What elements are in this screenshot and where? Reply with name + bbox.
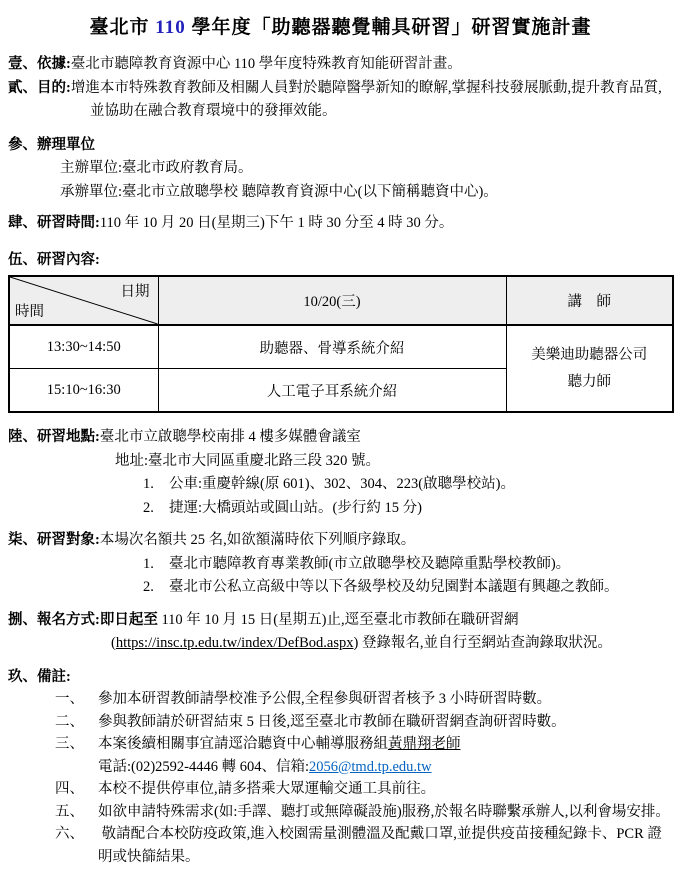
registration-text: 110 年 10 月 15 日(星期五)止,逕至臺北市教師在職研習網 [158, 612, 519, 628]
date-header-cell: 10/20(三) [158, 276, 506, 325]
audience-item-2: 2.臺北市公私立高級中等以下各級學校及幼兒園對本議題有興趣之教師。 [143, 576, 673, 600]
section-remarks: 玖、備註: 一、參加本研習教師請學校准予公假,全程參與研習者核予 3 小時研習時… [8, 666, 673, 869]
remark-item-5: 五、如欲申請特殊需求(如:手譯、聽打或無障礙設施)服務,於報名時聯繫承辦人,以利… [55, 801, 673, 824]
section-location: 陸、研習地點:臺北市立啟聰學校南排 4 樓多媒體會議室 地址:臺北市大同區重慶北… [8, 426, 673, 520]
registration-bold-lead: 即日起至 [100, 612, 158, 628]
section-organizers: 參、辦理單位 主辦單位:臺北市政府教育局。 承辦單位:臺北市立啟聰學校 聽障教育… [8, 134, 673, 205]
section-content: 伍、研習內容: 日期 時間 10/20(三) 講 師 13:30~14:50 助… [8, 249, 673, 414]
lecturer-cell: 美樂迪助聽器公司聽力師 [506, 325, 673, 412]
section-purpose: 貳、目的:增進本市特殊教育教師及相關人員對於聽障醫學新知的瞭解,掌握科技發展脈動… [8, 77, 673, 124]
corner-date-label: 日期 [121, 280, 150, 301]
section-audience-label: 柒、研習對象: [8, 532, 100, 548]
section-registration: 捌、報名方式:即日起至 110 年 10 月 15 日(星期五)止,逕至臺北市教… [8, 609, 673, 656]
schedule-header-row: 日期 時間 10/20(三) 講 師 [9, 276, 673, 325]
section-location-label: 陸、研習地點: [8, 429, 100, 445]
organizer-unit-line: 承辦單位:臺北市立啟聰學校 聽障教育資源中心(以下簡稱聽資中心)。 [60, 181, 673, 205]
topic-cell-2: 人工電子耳系統介紹 [158, 369, 506, 413]
lecturer-header-cell: 講 師 [506, 276, 673, 325]
section-remarks-heading: 玖、備註: [8, 666, 673, 689]
section-time-text: 110 年 10 月 20 日(星期三)下午 1 時 30 分至 4 時 30 … [100, 215, 454, 231]
registration-after-url: 登錄報名,並自行至網站查詢錄取狀況。 [358, 635, 612, 651]
venue-text: 臺北市立啟聰學校南排 4 樓多媒體會議室 [100, 429, 361, 445]
section-time-label: 肆、研習時間: [8, 215, 100, 231]
address-line: 地址:臺北市大同區重慶北路三段 320 號。 [115, 450, 673, 474]
section-registration-label: 捌、報名方式: [8, 612, 100, 628]
registration-url-link[interactable]: https://insc.tp.edu.tw/index/DefBod.aspx [116, 635, 354, 651]
remark-item-1: 一、參加本研習教師請學校准予公假,全程參與研習者核予 3 小時研習時數。 [55, 688, 673, 711]
section-purpose-text: 增進本市特殊教育教師及相關人員對於聽障醫學新知的瞭解,掌握科技發展脈動,提升教育… [71, 80, 662, 120]
section-location-heading: 陸、研習地點:臺北市立啟聰學校南排 4 樓多媒體會議室 [8, 426, 673, 450]
section-basis: 壹、依據:臺北市聽障教育資源中心 110 學年度特殊教育知能研習計畫。 [8, 53, 673, 77]
section-content-heading: 伍、研習內容: [8, 249, 673, 273]
transport-bus-item: 1.公車:重慶幹線(原 601)、302、304、223(啟聰學校站)。 [143, 473, 673, 497]
section-basis-text: 臺北市聽障教育資源中心 110 學年度特殊教育知能研習計畫。 [71, 56, 462, 72]
remark-item-3: 三、本案後續相關事宜請逕洽聽資中心輔導服務組黃鼎翔老師 [55, 733, 673, 756]
transport-mrt-item: 2.捷運:大橋頭站或圓山站。(步行約 15 分) [143, 497, 673, 521]
section-basis-label: 壹、依據: [8, 56, 71, 72]
remark-item-6: 六、 敬請配合本校防疫政策,進入校園需量測體溫及配戴口罩,並提供疫苗接種紀錄卡、… [55, 823, 673, 868]
doc-title-pre: 臺北市 [90, 17, 156, 38]
section-audience-heading: 柒、研習對象:本場次名額共 25 名,如欲額滿時依下列順序錄取。 [8, 529, 673, 553]
time-cell-1: 13:30~14:50 [9, 325, 158, 369]
audience-item-1: 1.臺北市聽障教育專業教師(市立啟聰學校及聽障重點學校教師)。 [143, 553, 673, 577]
doc-title: 臺北市 110 學年度「助聽器聽覺輔具研習」研習實施計畫 [8, 12, 673, 39]
remark-item-3-contact-line: 電話:(02)2592-4446 轉 604、信箱:2056@tmd.tp.ed… [98, 756, 673, 779]
section-audience: 柒、研習對象:本場次名額共 25 名,如欲額滿時依下列順序錄取。 1.臺北市聽障… [8, 529, 673, 600]
document-page: 臺北市 110 學年度「助聽器聽覺輔具研習」研習實施計畫 壹、依據:臺北市聽障教… [0, 0, 683, 868]
corner-time-label: 時間 [15, 300, 44, 321]
remark-item-2: 二、參與教師請於研習結束 5 日後,逕至臺北市教師在職研習網查詢研習時數。 [55, 711, 673, 734]
time-cell-2: 15:10~16:30 [9, 369, 158, 413]
section-audience-text: 本場次名額共 25 名,如欲額滿時依下列順序錄取。 [100, 532, 415, 548]
topic-cell-1: 助聽器、骨導系統介紹 [158, 325, 506, 369]
doc-title-post: 學年度「助聽器聽覺輔具研習」研習實施計畫 [186, 17, 592, 38]
contact-email-link[interactable]: 2056@tmd.tp.edu.tw [309, 759, 432, 775]
schedule-row-1: 13:30~14:50 助聽器、骨導系統介紹 美樂迪助聽器公司聽力師 [9, 325, 673, 369]
contact-person-name: 黃鼎翔老師 [388, 736, 461, 752]
host-unit-line: 主辦單位:臺北市政府教育局。 [60, 157, 673, 181]
section-organizers-heading: 參、辦理單位 [8, 134, 673, 158]
section-time: 肆、研習時間:110 年 10 月 20 日(星期三)下午 1 時 30 分至 … [8, 212, 673, 236]
corner-cell: 日期 時間 [9, 276, 158, 325]
schedule-table: 日期 時間 10/20(三) 講 師 13:30~14:50 助聽器、骨導系統介… [8, 275, 674, 413]
contact-phone-text: 電話:(02)2592-4446 轉 604、信箱: [98, 759, 309, 775]
title-number: 110 [155, 17, 185, 38]
remark-item-4: 四、本校不提供停車位,請多搭乘大眾運輸交通工具前往。 [55, 778, 673, 801]
section-purpose-label: 貳、目的: [8, 80, 71, 96]
